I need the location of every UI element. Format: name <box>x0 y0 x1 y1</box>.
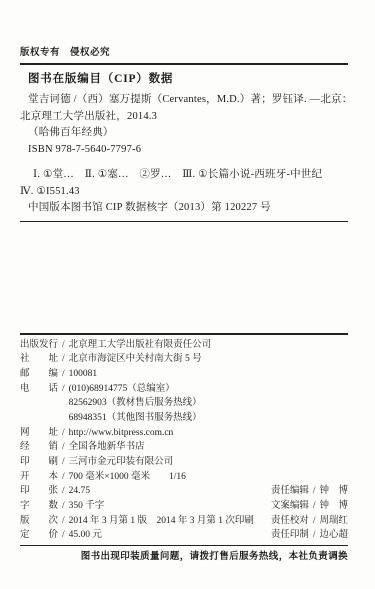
slash-separator: / <box>62 440 65 455</box>
pub-value: (010)68914775（总编室） <box>69 382 175 397</box>
slash-separator: / <box>62 352 65 367</box>
pub-label: 邮 编 <box>20 367 58 382</box>
slash-separator: / <box>62 367 65 382</box>
cip-classification: Ⅰ. ①堂… Ⅱ. ①塞… ②罗… Ⅲ. ①长篇小说-西班牙-中世纪 Ⅳ. ①I… <box>20 167 348 200</box>
blank-space <box>20 222 348 333</box>
slash-separator: / <box>62 426 65 441</box>
pub-value: 全国各地新华书店 <box>69 440 145 455</box>
slash-separator: / <box>313 528 316 543</box>
pub-value: 350 千字 <box>69 499 105 514</box>
pub-row-format: 开 本/700 毫米×1000 毫米 1/16 <box>20 470 348 485</box>
pub-value: 24.75 <box>69 484 90 499</box>
pub-label: 版 次 <box>20 514 58 529</box>
pub-row-publisher: 出版发行/北京理工大学出版社有限责任公司 <box>20 338 348 353</box>
slash-separator: / <box>62 514 65 529</box>
staff-label: 责任编辑 <box>271 484 309 499</box>
slash-separator: / <box>62 470 65 485</box>
series-note: （哈佛百年经典） <box>20 125 348 142</box>
pub-value: 82562903（教材售后服务热线） <box>69 396 202 411</box>
pub-row-sheets: 印 张/24.75 责任编辑/钟 博 <box>20 484 348 499</box>
classification-line: Ⅳ. ①I551.43 <box>20 184 348 201</box>
staff-name: 边心超 <box>319 528 348 543</box>
pub-label: 出版发行 <box>20 338 58 353</box>
pub-label: 经 销 <box>20 440 58 455</box>
divider-top <box>20 63 348 65</box>
cip-record-number: 中国版本图书馆 CIP 数据核字（2013）第 120227 号 <box>20 200 348 217</box>
staff-credit-print-supervisor: 责任印制/边心超 <box>271 528 348 543</box>
slash-separator: / <box>62 338 65 353</box>
staff-name: 周瑞红 <box>319 514 348 529</box>
pub-label: 定 价 <box>20 528 58 543</box>
pub-label: 网 址 <box>20 426 58 441</box>
pub-row-phone: 电 话/(010)68914775（总编室） <box>20 382 348 397</box>
divider-bottom <box>20 545 348 547</box>
slash-separator: / <box>313 484 316 499</box>
classification-line: Ⅰ. ①堂… Ⅱ. ①塞… ②罗… Ⅲ. ①长篇小说-西班牙-中世纪 <box>20 167 348 184</box>
pub-label: 社 址 <box>20 352 58 367</box>
slash-separator: / <box>62 455 65 470</box>
publication-info: 出版发行/北京理工大学出版社有限责任公司 社 址/北京市海淀区中关村南大街 5 … <box>20 338 348 543</box>
staff-credit-proofreader: 责任校对/周瑞红 <box>271 514 348 529</box>
pub-row-phone-hotline: /68948351（其他图书服务热线） <box>20 411 348 426</box>
pub-value: http://www.bitpress.com.cn <box>69 426 174 441</box>
pub-row-address: 社 址/北京市海淀区中关村南大街 5 号 <box>20 352 348 367</box>
cip-block: 图书在版编目（CIP）数据 堂吉诃德 /（西）塞万提斯（Cervantes，M.… <box>20 73 348 217</box>
cip-entry-line: 北京理工大学出版社，2014.3 <box>20 109 348 126</box>
staff-credit-editor: 责任编辑/钟 博 <box>271 484 348 499</box>
slash-separator: / <box>313 514 316 529</box>
quality-note: 图书出现印装质量问题，请拨打售后服务热线，本社负责调换 <box>20 551 348 563</box>
slash-separator: / <box>62 484 65 499</box>
staff-credit-copy-editor: 文案编辑/钟 博 <box>271 499 348 514</box>
staff-name: 钟 博 <box>319 499 348 514</box>
pub-value: 2014 年 3 月第 1 版 2014 年 3 月第 1 次印刷 <box>69 514 254 529</box>
staff-name: 钟 博 <box>319 484 348 499</box>
pub-row-website: 网 址/http://www.bitpress.com.cn <box>20 426 348 441</box>
pub-row-distribution: 经 销/全国各地新华书店 <box>20 440 348 455</box>
slash-separator: / <box>62 528 65 543</box>
slash-separator: / <box>313 499 316 514</box>
pub-label: 印 刷 <box>20 455 58 470</box>
pub-row-wordcount: 字 数/350 千字 文案编辑/钟 博 <box>20 499 348 514</box>
pub-value: 45.00 元 <box>69 528 102 543</box>
pub-value: 700 毫米×1000 毫米 1/16 <box>69 470 186 485</box>
pub-row-postcode: 邮 编/100081 <box>20 367 348 382</box>
pub-label: 电 话 <box>20 382 58 397</box>
cip-entry-line: 堂吉诃德 /（西）塞万提斯（Cervantes，M.D.）著；罗钰译. —北京： <box>20 92 348 109</box>
cip-heading: 图书在版编目（CIP）数据 <box>28 73 348 86</box>
staff-label: 文案编辑 <box>271 499 309 514</box>
pub-label: 开 本 <box>20 470 58 485</box>
isbn: ISBN 978-7-5640-7797-6 <box>20 142 348 159</box>
slash-separator: / <box>62 382 65 397</box>
copyright-notice: 版权专有 侵权必究 <box>20 48 348 59</box>
pub-value: 三河市金元印装有限公司 <box>69 455 174 470</box>
copyright-page: 版权专有 侵权必究 图书在版编目（CIP）数据 堂吉诃德 /（西）塞万提斯（Ce… <box>0 0 375 589</box>
slash-separator: / <box>62 499 65 514</box>
staff-label: 责任校对 <box>271 514 309 529</box>
pub-label: 字 数 <box>20 499 58 514</box>
pub-row-printer: 印 刷/三河市金元印装有限公司 <box>20 455 348 470</box>
pub-value: 100081 <box>69 367 98 382</box>
staff-label: 责任印制 <box>271 528 309 543</box>
cip-entry: 堂吉诃德 /（西）塞万提斯（Cervantes，M.D.）著；罗钰译. —北京：… <box>20 92 348 158</box>
divider-pub-top <box>20 333 348 335</box>
pub-value: 北京市海淀区中关村南大街 5 号 <box>69 352 202 367</box>
pub-label: 印 张 <box>20 484 58 499</box>
pub-row-price: 定 价/45.00 元 责任印制/边心超 <box>20 528 348 543</box>
pub-row-phone-hotline: /82562903（教材售后服务热线） <box>20 396 348 411</box>
pub-row-edition: 版 次/2014 年 3 月第 1 版 2014 年 3 月第 1 次印刷 责任… <box>20 514 348 529</box>
pub-value: 北京理工大学出版社有限责任公司 <box>69 338 212 353</box>
pub-value: 68948351（其他图书服务热线） <box>69 411 202 426</box>
